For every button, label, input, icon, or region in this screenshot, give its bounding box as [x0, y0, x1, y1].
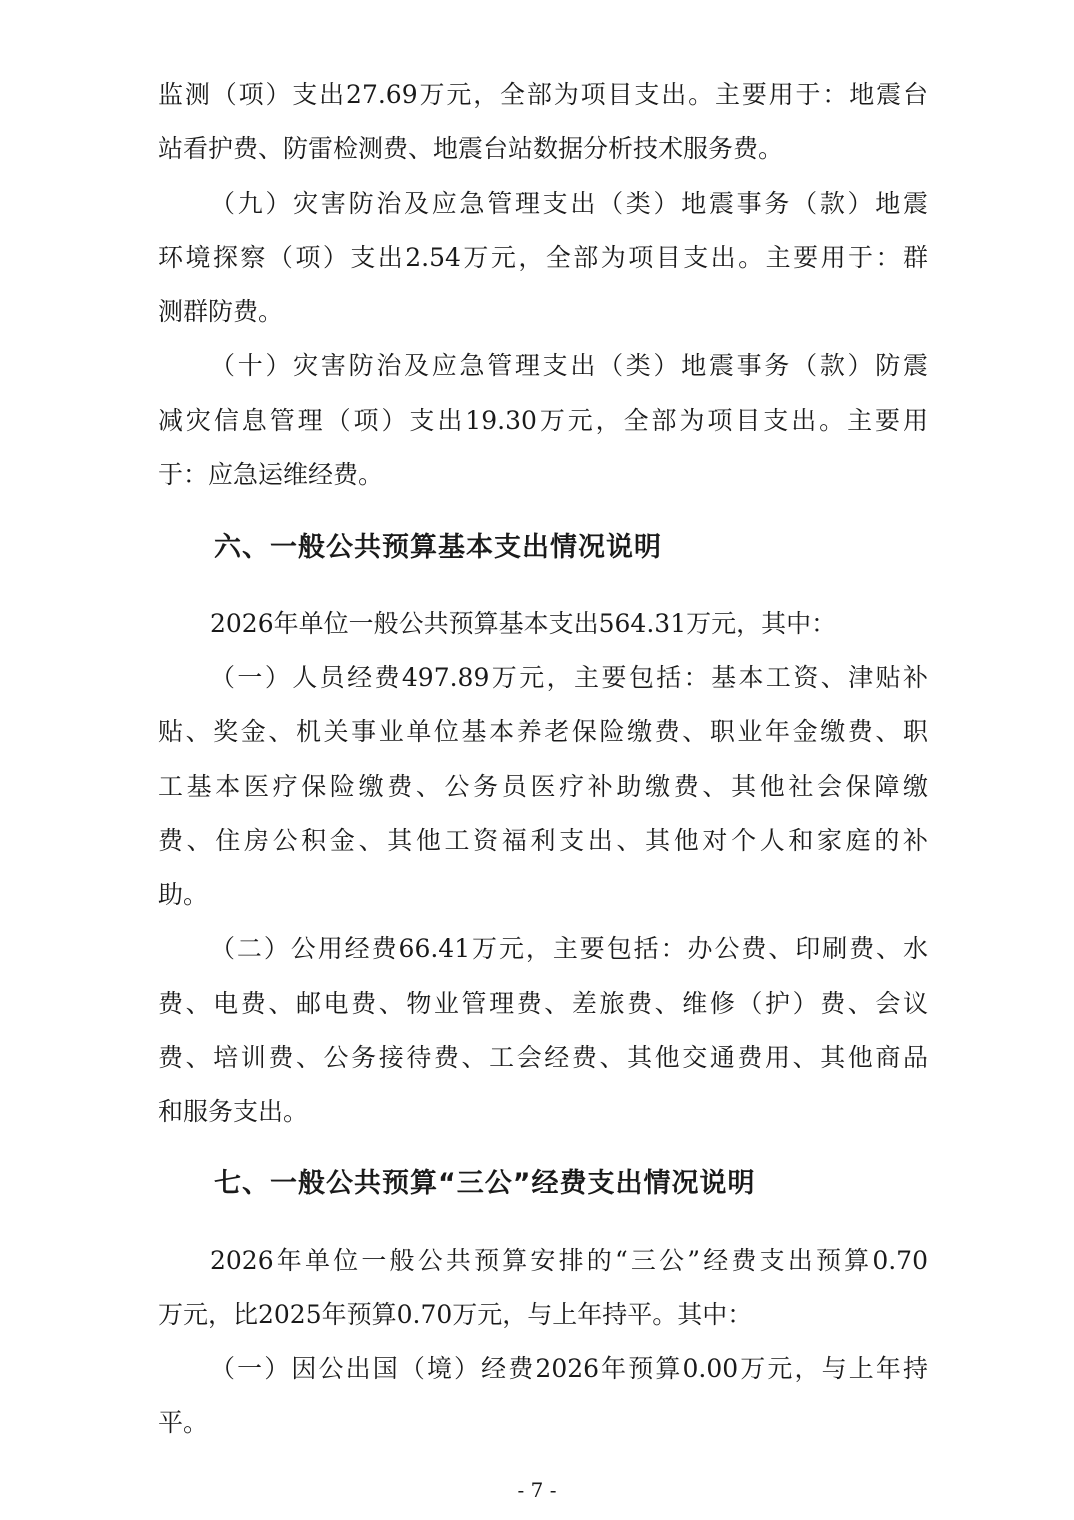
- paragraph-line: 监测（项）支出27.69万元，全部为项目支出。主要用于：地震台: [158, 77, 928, 113]
- paragraph-line: 费、电费、邮电费、物业管理费、差旅费、维修（护）费、会议: [158, 986, 928, 1022]
- paragraph-line: 费、住房公积金、其他工资福利支出、其他对个人和家庭的补: [158, 823, 928, 859]
- paragraph-line: 贴、奖金、机关事业单位基本养老保险缴费、职业年金缴费、职: [158, 714, 928, 750]
- paragraph-line: 于：应急运维经费。: [158, 457, 928, 493]
- document-page: 监测（项）支出27.69万元，全部为项目支出。主要用于：地震台 站看护费、防雷检…: [0, 0, 1074, 1520]
- paragraph-line: （九）灾害防治及应急管理支出（类）地震事务（款）地震: [210, 186, 928, 222]
- paragraph-line: （十）灾害防治及应急管理支出（类）地震事务（款）防震: [210, 348, 928, 384]
- paragraph-line: 工基本医疗保险缴费、公务员医疗补助缴费、其他社会保障缴: [158, 769, 928, 805]
- paragraph-line: 助。: [158, 877, 928, 913]
- page-number: - 7 -: [0, 1478, 1074, 1502]
- paragraph-line: 减灾信息管理（项）支出19.30万元，全部为项目支出。主要用: [158, 403, 928, 439]
- paragraph-line: （二）公用经费66.41万元，主要包括：办公费、印刷费、水: [210, 931, 928, 967]
- paragraph-line: （一）因公出国（境）经费2026年预算0.00万元，与上年持: [210, 1351, 928, 1387]
- paragraph-line: （一）人员经费497.89万元，主要包括：基本工资、津贴补: [210, 660, 928, 696]
- paragraph-line: 平。: [158, 1405, 928, 1441]
- paragraph-line: 测群防费。: [158, 294, 928, 330]
- section-heading: 六、一般公共预算基本支出情况说明: [214, 528, 662, 568]
- section-heading: 七、一般公共预算“三公”经费支出情况说明: [214, 1164, 756, 1204]
- paragraph-line: 环境探察（项）支出2.54万元，全部为项目支出。主要用于：群: [158, 240, 928, 276]
- paragraph-line: 2026年单位一般公共预算基本支出564.31万元，其中：: [210, 606, 928, 642]
- paragraph-line: 万元，比2025年预算0.70万元，与上年持平。其中：: [158, 1297, 928, 1333]
- paragraph-line: 站看护费、防雷检测费、地震台站数据分析技术服务费。: [158, 131, 928, 167]
- paragraph-line: 费、培训费、公务接待费、工会经费、其他交通费用、其他商品: [158, 1040, 928, 1076]
- paragraph-line: 2026年单位一般公共预算安排的“三公”经费支出预算0.70: [210, 1243, 928, 1279]
- paragraph-line: 和服务支出。: [158, 1094, 928, 1130]
